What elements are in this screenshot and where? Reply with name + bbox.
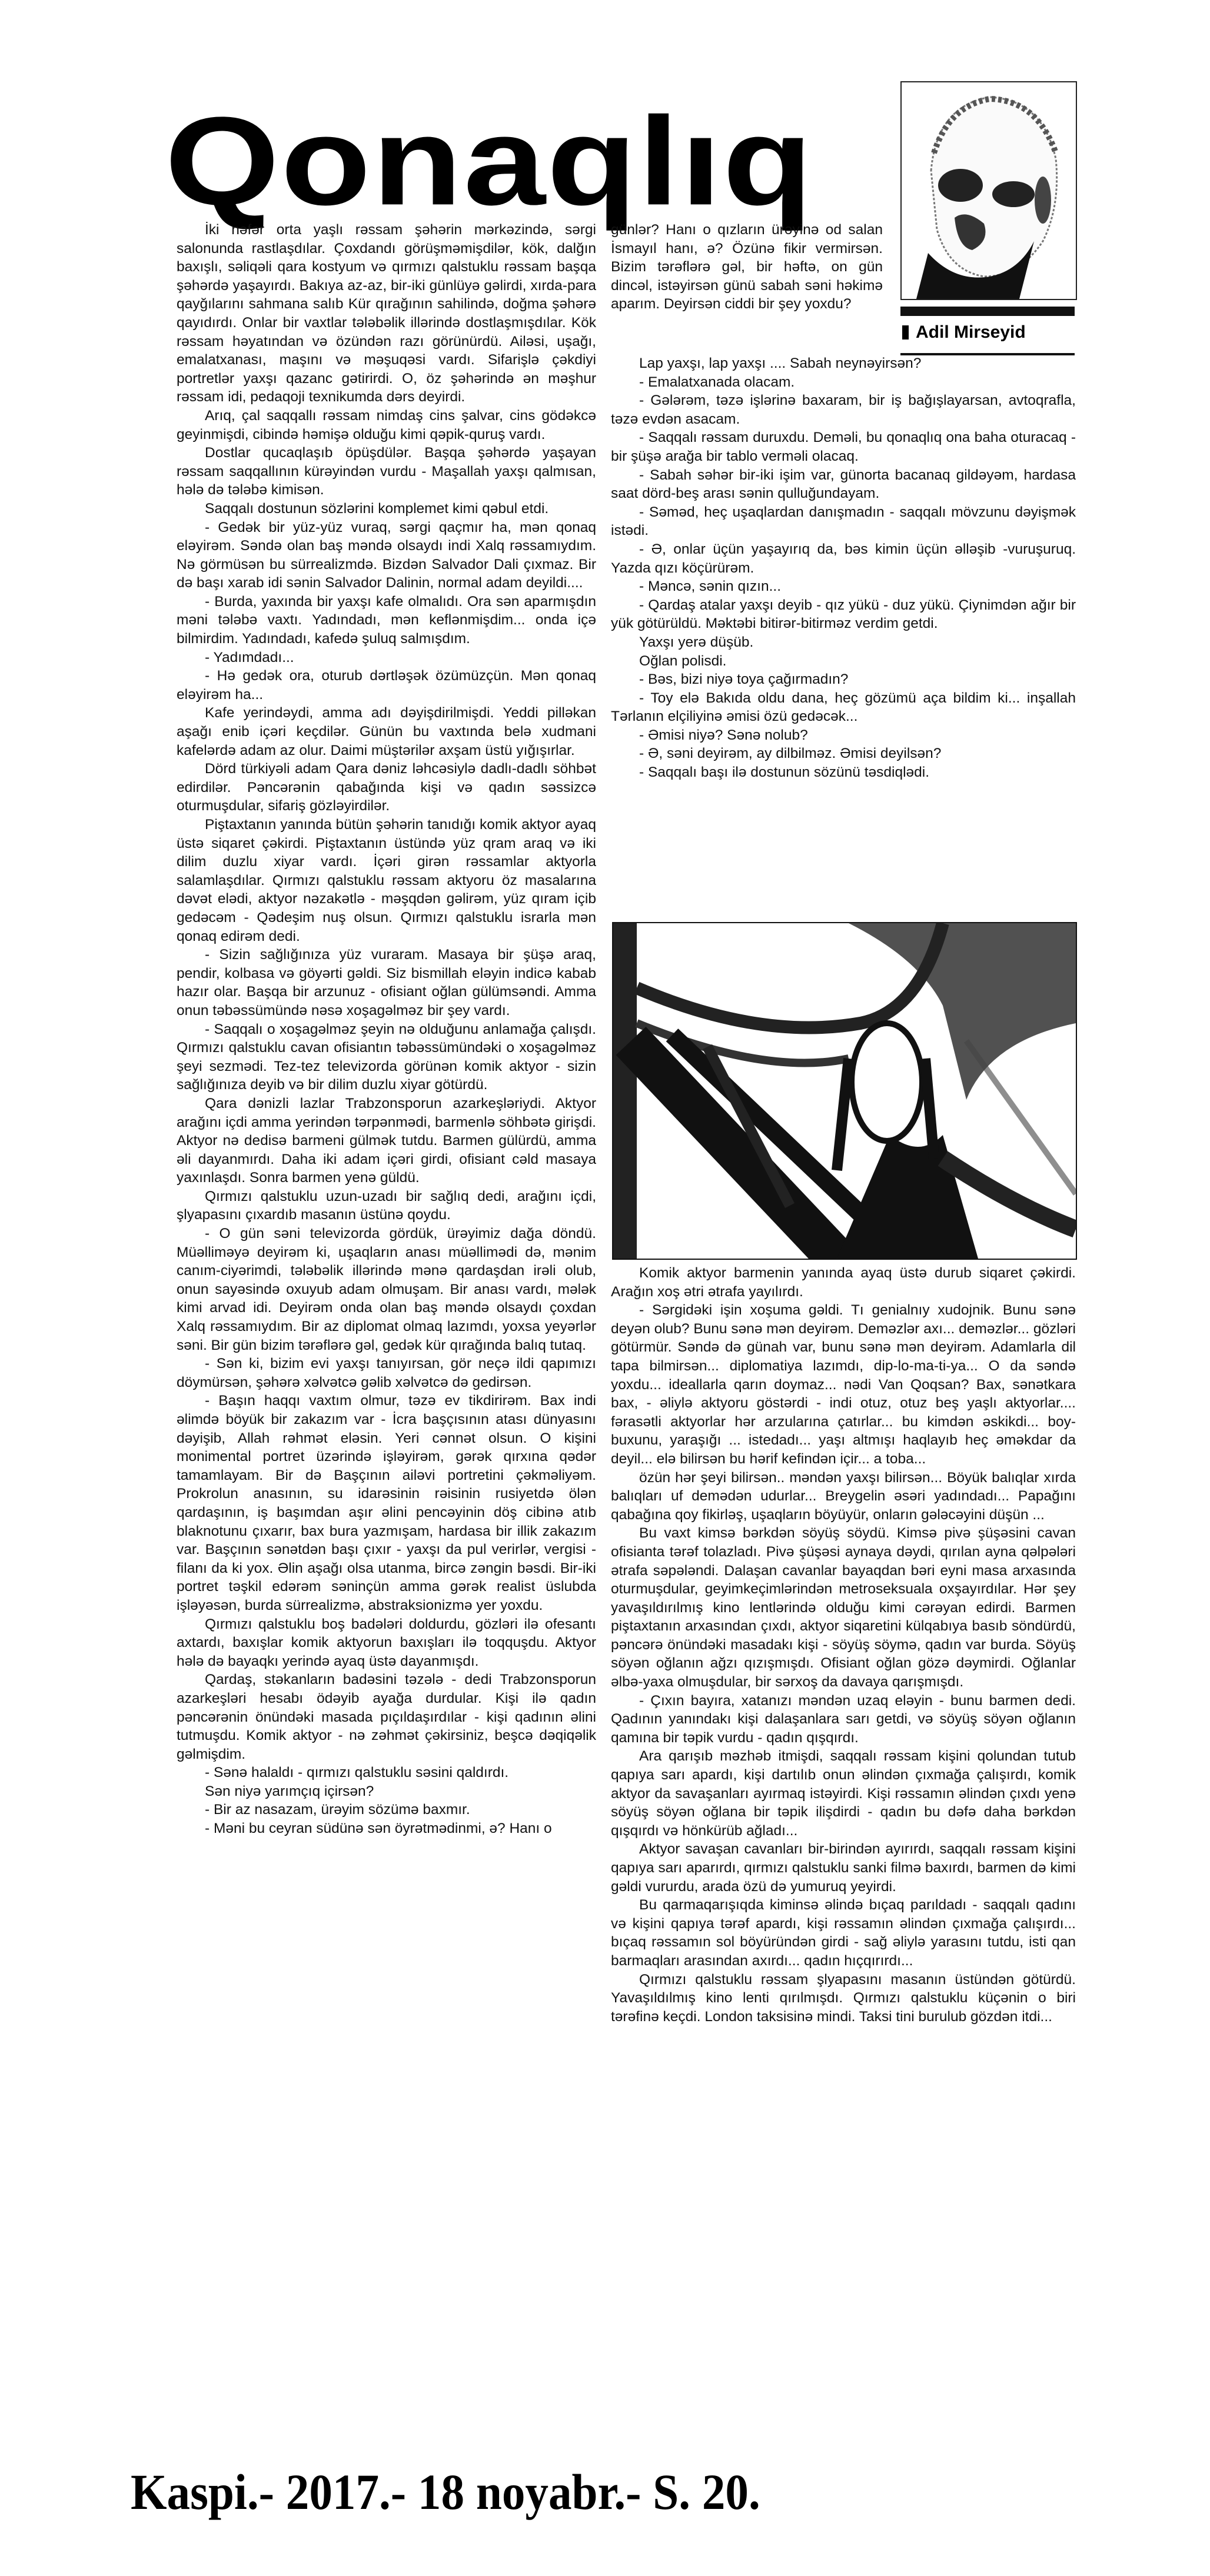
paragraph: - Burda, yaxında bir yaxşı kafe olmalıdı… bbox=[177, 593, 596, 648]
paragraph: - Sizin sağlığınıza yüz vuraram. Masaya … bbox=[177, 946, 596, 1020]
author-byline: Adil Mirseyid bbox=[902, 322, 1026, 342]
paragraph: Piştaxtanın yanında bütün şəhərin tanıdı… bbox=[177, 816, 596, 946]
paragraph: - Çıxın bayıra, xatanızı məndən uzaq elə… bbox=[611, 1692, 1076, 1748]
paragraph: günlər? Hanı o qızların ürəyinə od salan… bbox=[611, 221, 883, 314]
paragraph: - Yadımdadı... bbox=[177, 648, 596, 667]
paragraph: - O gün səni televizorda gördük, ürəyimi… bbox=[177, 1224, 596, 1354]
paragraph: - Bəs, bizi niyə toya çağırmadın? bbox=[611, 670, 1076, 689]
paragraph: - Saqqalı rəssam duruxdu. Deməli, bu qon… bbox=[611, 428, 1076, 465]
author-photo bbox=[900, 81, 1077, 300]
paragraph: - Gedək bir yüz-yüz vuraq, sərgi qaçmır … bbox=[177, 518, 596, 593]
paragraph: Arıq, çal saqqallı rəssam nimdaş cins şa… bbox=[177, 407, 596, 444]
paragraph: - Saqqalı başı ilə dostunun sözünü təsdi… bbox=[611, 763, 1076, 782]
paragraph: Oğlan polisdi. bbox=[611, 652, 1076, 671]
paragraph: Aktyor savaşan cavanları bir-birindən ay… bbox=[611, 1840, 1076, 1896]
author-name: Adil Mirseyid bbox=[916, 322, 1026, 342]
paragraph: Qardaş, stəkanların badəsini təzələ - de… bbox=[177, 1670, 596, 1763]
byline-square-icon bbox=[902, 325, 909, 340]
paragraph: Komik aktyor barmenin yanında ayaq üstə … bbox=[611, 1264, 1076, 1301]
column-left: İki nəfər orta yaşlı rəssam şəhərin mərk… bbox=[177, 221, 596, 1838]
paragraph: - Sərgidəki işin xoşuma gəldi. Tı genial… bbox=[611, 1301, 1076, 1468]
paragraph: - Sən ki, bizim evi yaxşı tanıyırsan, gö… bbox=[177, 1354, 596, 1392]
paragraph: Bu vaxt kimsə bərkdən söyüş söydü. Kimsə… bbox=[611, 1524, 1076, 1691]
column-right-top: günlər? Hanı o qızların ürəyinə od salan… bbox=[611, 221, 883, 314]
paragraph: Qara dənizli lazlar Trabzonsporun azarke… bbox=[177, 1094, 596, 1187]
paragraph: - Sabah səhər bir-iki işim var, günorta … bbox=[611, 466, 1076, 503]
paragraph: - Ə, səni deyirəm, ay dilbilməz. Əmisi d… bbox=[611, 744, 1076, 763]
paragraph: - Qardaş atalar yaxşı deyib - qız yükü -… bbox=[611, 596, 1076, 633]
photo-divider-bar bbox=[900, 307, 1075, 316]
paragraph: Saqqalı dostunun sözlərini komplemet kim… bbox=[177, 500, 596, 518]
paragraph: Kafe yerindəydi, amma adı dəyişdirilmişd… bbox=[177, 704, 596, 760]
paragraph: Qırmızı qalstuklu rəssam şlyapasını masa… bbox=[611, 1971, 1076, 2026]
paragraph: Ara qarışıb məzhəb itmişdi, saqqalı rəss… bbox=[611, 1747, 1076, 1840]
author-portrait-icon bbox=[902, 82, 1076, 299]
paragraph: - Toy elə Bakıda oldu dana, heç gözümü a… bbox=[611, 689, 1076, 726]
paragraph: - Emalatxanada olacam. bbox=[611, 373, 1076, 392]
paragraph: özün hər şeyi bilirsən.. məndən yaxşı bi… bbox=[611, 1469, 1076, 1525]
paragraph: Qırmızı qalstuklu uzun-uzadı bir sağlıq … bbox=[177, 1187, 596, 1224]
scream-painting-icon bbox=[613, 923, 1076, 1259]
paragraph: Qırmızı qalstuklu boş badələri doldurdu,… bbox=[177, 1615, 596, 1671]
paragraph: Yaxşı yerə düşüb. bbox=[611, 633, 1076, 652]
paragraph: Dörd türkiyəli adam Qara dəniz ləhcəsiyl… bbox=[177, 760, 596, 816]
paragraph: - Sənə halaldı - qırmızı qalstuklu səsin… bbox=[177, 1763, 596, 1782]
paragraph: İki nəfər orta yaşlı rəssam şəhərin mərk… bbox=[177, 221, 596, 407]
paragraph: Bu qarmaqarışıqda kiminsə əlində bıçaq p… bbox=[611, 1896, 1076, 1970]
paragraph: Sən niyə yarımçıq içirsən? bbox=[177, 1782, 596, 1801]
column-right: Lap yaxşı, lap yaxşı .... Sabah neynəyir… bbox=[611, 354, 1076, 782]
newspaper-page: Qonaqlıq hekayə Adil Mirseyid İki nəfər … bbox=[0, 0, 1210, 2576]
column-right-bottom: Komik aktyor barmenin yanında ayaq üstə … bbox=[611, 1264, 1076, 2026]
paragraph: - Bir az nasazam, ürəyim sözümə baxmır. bbox=[177, 1800, 596, 1819]
paragraph: Lap yaxşı, lap yaxşı .... Sabah neynəyir… bbox=[611, 354, 1076, 373]
paragraph: - Məni bu ceyran südünə sən öyrətmədinmi… bbox=[177, 1819, 596, 1838]
paragraph: - Məncə, sənin qızın... bbox=[611, 577, 1076, 596]
illustration-painting bbox=[612, 922, 1077, 1260]
paragraph: - Gələrəm, təzə işlərinə baxaram, bir iş… bbox=[611, 391, 1076, 428]
source-citation: Kaspi.- 2017.- 18 noyabr.- S. 20. bbox=[131, 2462, 760, 2521]
paragraph: - Ə, onlar üçün yaşayırıq da, bəs kimin … bbox=[611, 540, 1076, 577]
paragraph: - Başın haqqı vaxtım olmur, təzə ev tikd… bbox=[177, 1392, 596, 1615]
paragraph: Dostlar qucaqlaşıb öpüşdülər. Başqa şəhə… bbox=[177, 444, 596, 500]
paragraph: - Hə gedək ora, oturub dərtləşək özümüzç… bbox=[177, 667, 596, 704]
paragraph: - Əmisi niyə? Sənə nolub? bbox=[611, 726, 1076, 745]
paragraph: - Səməd, heç uşaqlardan danışmadın - saq… bbox=[611, 503, 1076, 540]
article-title: Qonaqlıq bbox=[165, 99, 814, 224]
paragraph: - Saqqalı o xoşagəlməz şeyin nə olduğunu… bbox=[177, 1020, 596, 1094]
